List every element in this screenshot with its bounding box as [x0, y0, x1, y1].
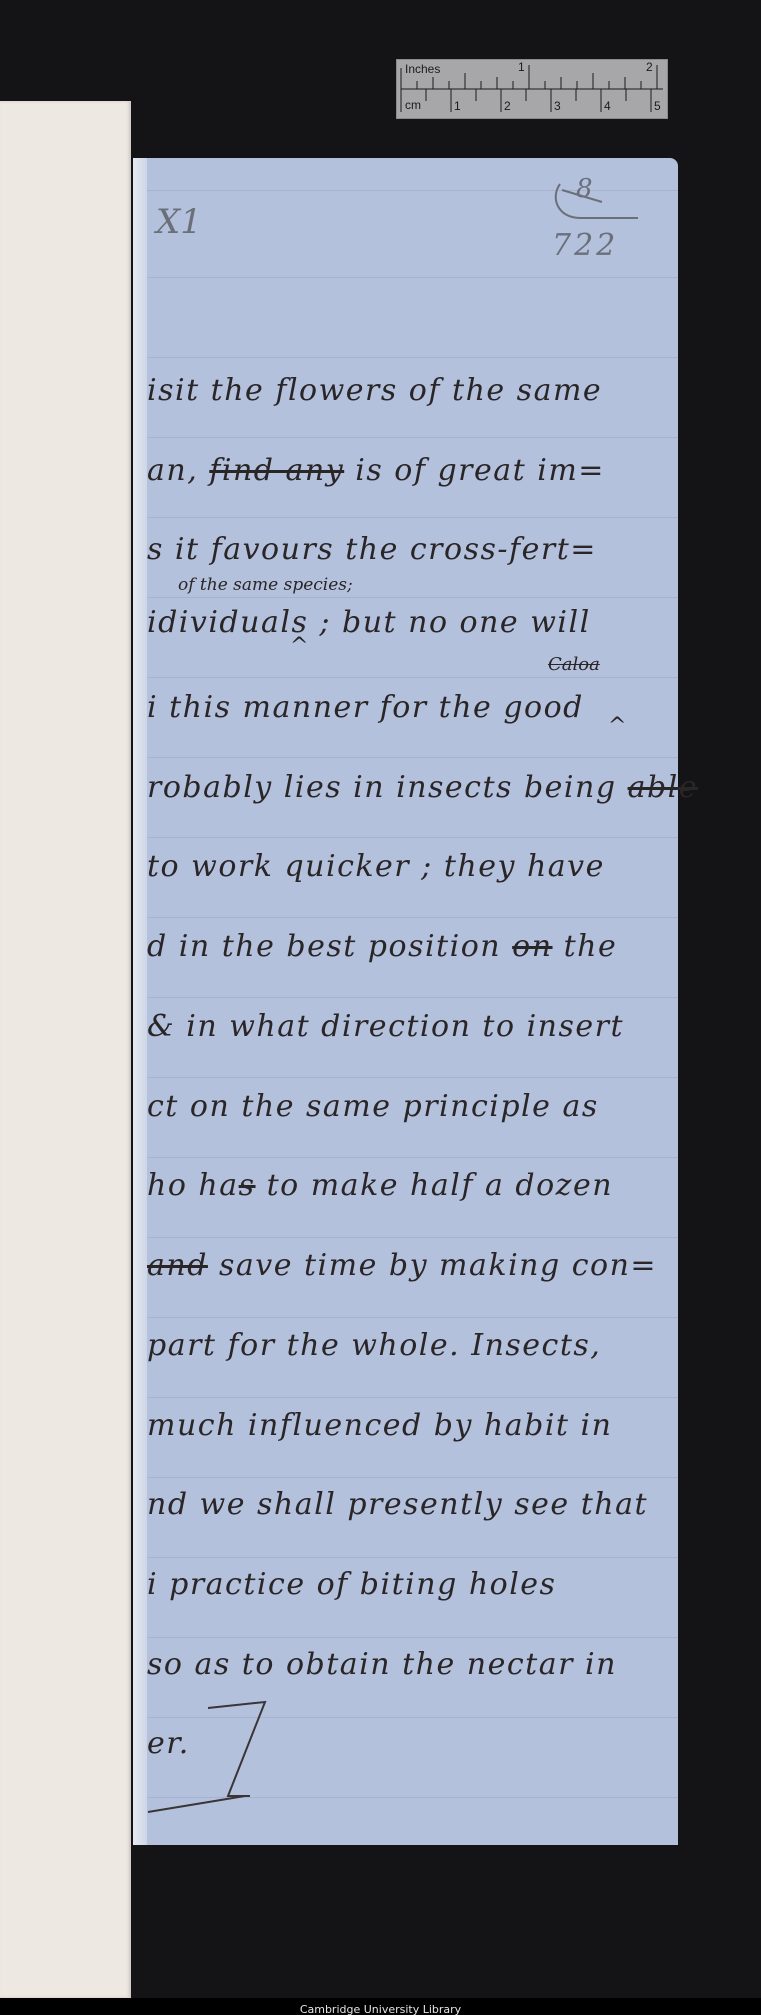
struck-text: s [239, 1168, 256, 1203]
manuscript-line-6: robably lies in insects being able [147, 770, 698, 805]
manuscript-line-9: & in what direction to insert [147, 1009, 624, 1044]
struck-text: and [147, 1248, 208, 1283]
manuscript-line-15: nd we shall presently see that [147, 1487, 648, 1522]
ruler-inch-1: 1 [518, 60, 525, 74]
sheet-left-edge [133, 158, 147, 1845]
manuscript-line-3: s it favours the cross-fert= [147, 532, 597, 567]
folio-mark: X1 [156, 202, 202, 242]
footer-credit-bar: Cambridge University Library [0, 1998, 761, 2015]
ruler-cm-label: cm [405, 98, 421, 112]
manuscript-line-4: idividuals ; but no one will [147, 605, 591, 640]
circled-number: 8 [576, 174, 593, 204]
ruler-cm-2: 2 [504, 99, 511, 113]
mount-board [0, 101, 131, 1998]
page-number: 722 [552, 228, 618, 263]
manuscript-line-11: ho has to make half a dozen [147, 1168, 613, 1203]
manuscript-line-12: and save time by making con= [147, 1248, 657, 1283]
struck-text: find any [209, 453, 344, 488]
insertion-caret: ^ [608, 714, 626, 739]
ruler-inch-2: 2 [646, 60, 653, 74]
footer-credit: Cambridge University Library [300, 2003, 461, 2015]
manuscript-line-7: to work quicker ; they have [147, 849, 605, 884]
circled-number-annotation: 8 [554, 178, 624, 228]
ruler-cm-5: 5 [654, 99, 661, 113]
ruler-cm-3: 3 [554, 99, 561, 113]
ruler-cm-4: 4 [604, 99, 611, 113]
ruler-inches-label: Inches [405, 62, 440, 76]
manuscript-line-17: so as to obtain the nectar in [147, 1647, 617, 1682]
ruler-cm-1: 1 [454, 99, 461, 113]
closing-bracket-mark [140, 1700, 320, 1820]
manuscript-line-1: isit the flowers of the same [147, 373, 602, 408]
manuscript-line-16: i practice of biting holes [147, 1567, 556, 1602]
circle-mark-icon [550, 178, 640, 228]
struck-insertion: Caloa [548, 654, 600, 675]
manuscript-line-2: an, find any is of great im= [147, 453, 605, 488]
interlinear-insertion: of the same species; [178, 575, 353, 595]
manuscript-line-8: d in the best position on the [147, 929, 617, 964]
manuscript-line-14: much influenced by habit in [147, 1408, 612, 1443]
manuscript-line-5: i this manner for the good [147, 690, 584, 725]
struck-text: able [628, 770, 698, 805]
insertion-caret: ^ [290, 634, 308, 659]
struck-text: on [512, 929, 552, 964]
manuscript-line-13: part for the whole. Insects, [147, 1328, 601, 1363]
scale-ruler: Inches 1 2 cm 1 2 3 4 5 [396, 59, 668, 119]
manuscript-line-10: ct on the same principle as [147, 1089, 599, 1124]
